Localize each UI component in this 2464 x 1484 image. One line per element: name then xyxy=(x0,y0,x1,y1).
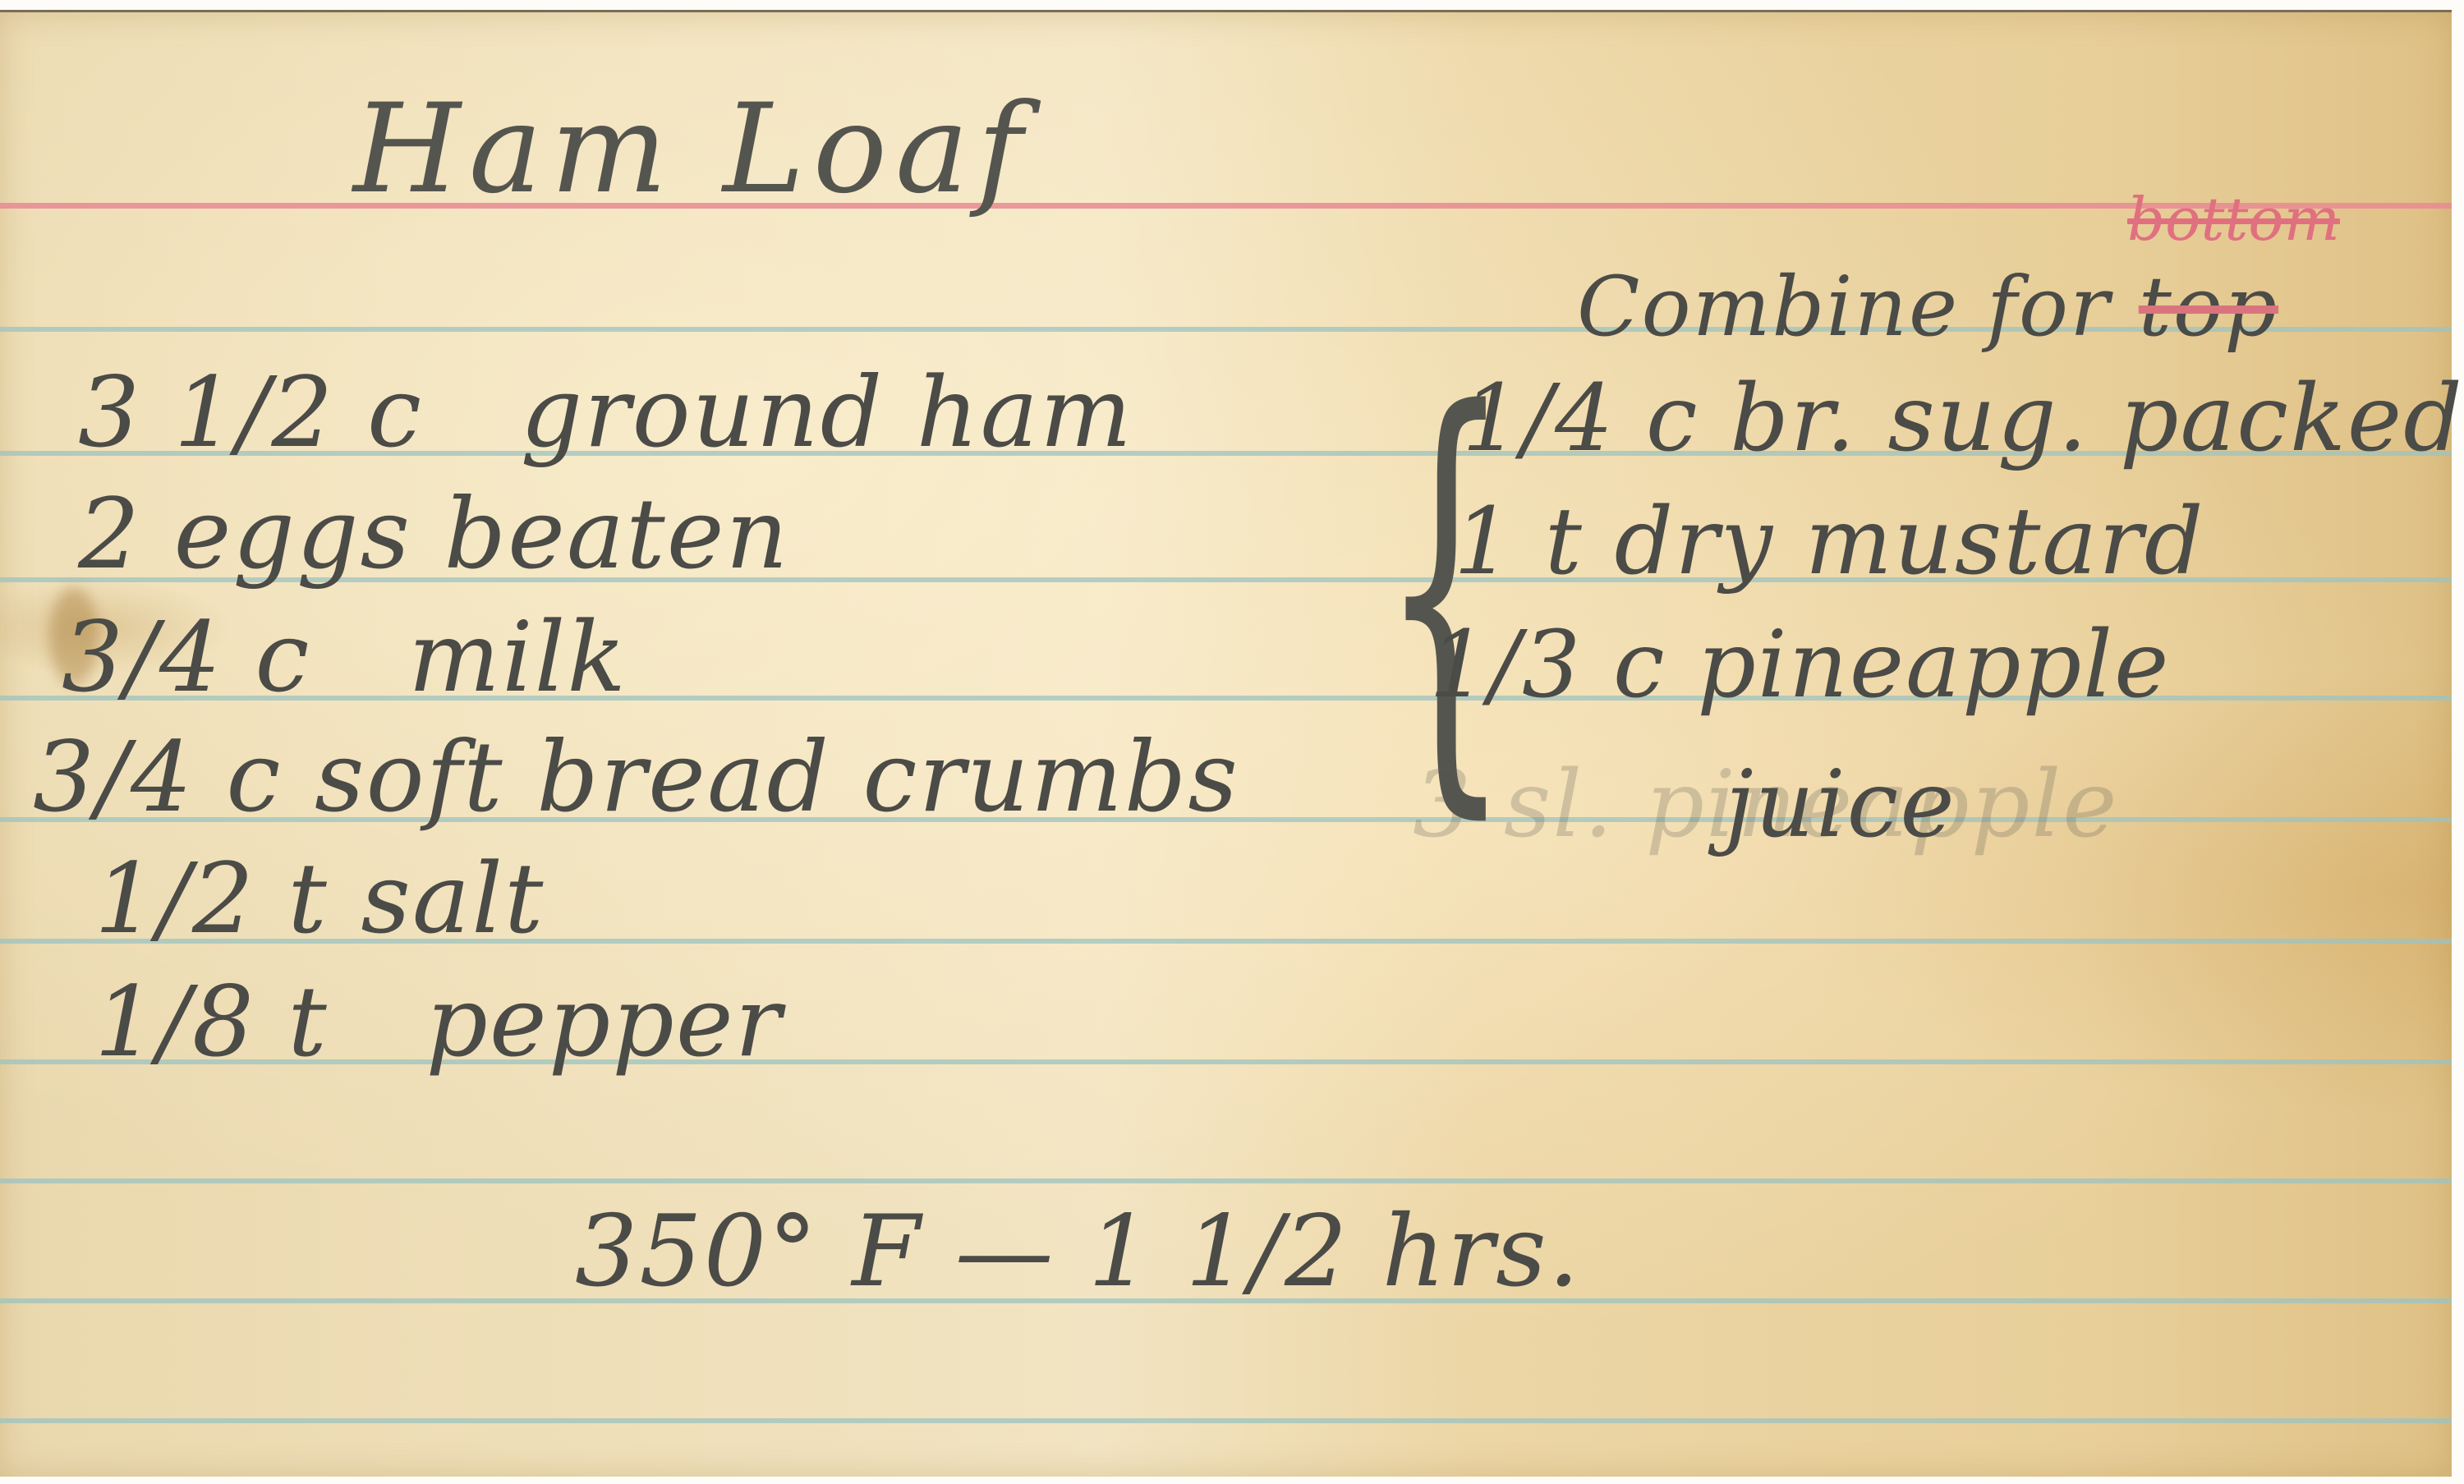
topping-line: 1/4 c br. sug. packed xyxy=(1462,365,2464,472)
ingredient-qty: 3/4 c xyxy=(33,720,283,834)
red-pencil-correction: bottom xyxy=(2127,185,2340,254)
ingredient-qty: 1/8 t xyxy=(94,965,329,1078)
recipe-title: Ham Loaf xyxy=(353,78,1031,221)
baking-instruction: 350° F — 1 1/2 hrs. xyxy=(575,1195,1581,1309)
ingredient-qty: 1/2 t xyxy=(94,842,329,955)
struck-word: top xyxy=(2139,259,2278,355)
topping-item: br. sug. packed xyxy=(1730,365,2464,472)
ingredient-line: 2 eggs beaten xyxy=(78,477,790,590)
topping-line: 1 t dry mustard xyxy=(1454,489,2204,595)
ingredient-line: 3/4 c milk xyxy=(62,600,627,714)
ingredient-item: soft bread crumbs xyxy=(315,720,1239,834)
ingredient-item: milk xyxy=(408,600,627,714)
ingredient-qty: 2 xyxy=(78,477,141,590)
topping-qty: 1/3 c xyxy=(1429,612,1666,719)
topping-qty: 1 t xyxy=(1454,489,1584,595)
ingredient-item: pepper xyxy=(425,965,783,1078)
topping-line: 1/3 c pineapple xyxy=(1429,612,2170,719)
topping-item: pineapple xyxy=(1697,612,2170,719)
ingredient-qty: 3 1/2 c xyxy=(78,356,423,469)
topping-item: dry mustard xyxy=(1614,489,2204,595)
topping-item: juice xyxy=(1725,751,1956,858)
blue-rule xyxy=(0,1178,2452,1183)
ingredient-item: eggs beaten xyxy=(174,477,790,590)
topping-qty: 1/4 c xyxy=(1462,365,1699,472)
blue-rule xyxy=(0,1418,2452,1423)
recipe-card: Ham Loaf 3 1/2 c ground ham 2 eggs beate… xyxy=(0,10,2452,1477)
ingredient-line: 1/8 t pepper xyxy=(94,965,783,1078)
topping-heading: Combine for top xyxy=(1577,259,2278,355)
ingredient-line: 1/2 t salt xyxy=(94,842,545,955)
topping-line: juice xyxy=(1725,751,1956,858)
ingredient-qty: 3/4 c xyxy=(62,600,311,714)
topping-heading-text: Combine for xyxy=(1577,259,2111,355)
ingredient-item: salt xyxy=(361,842,545,955)
ingredient-line: 3 1/2 c ground ham xyxy=(78,356,1133,469)
ingredient-line: 3/4 c soft bread crumbs xyxy=(33,720,1239,834)
ingredient-item: ground ham xyxy=(521,356,1133,469)
